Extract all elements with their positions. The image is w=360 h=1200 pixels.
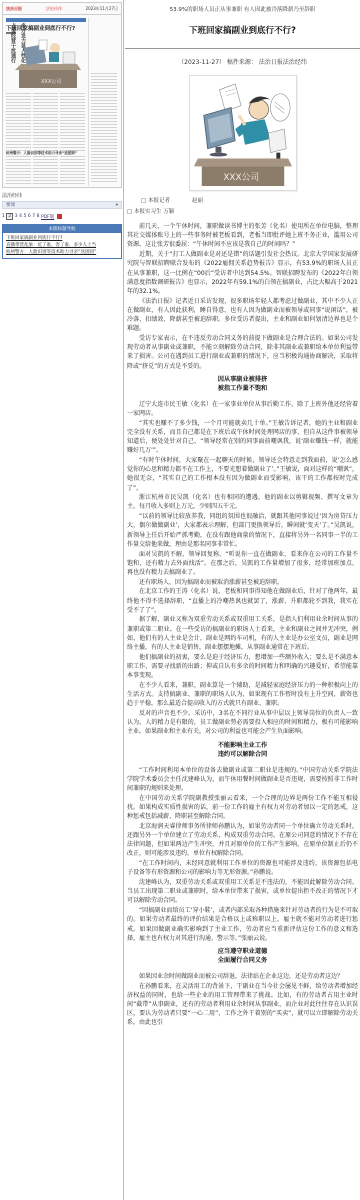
paragraph: “有时午休时间，大家聚在一起聊天的时候，领导还会特意走到我面前，说‘怎么感觉你的… [127,456,358,493]
paragraph: 浙江杭州市民吴凯（化名）也有相同的遭遇，他的副业以剪辑视频、撰写文章为主，每月收… [127,493,358,511]
pager-current-page[interactable]: 2 [6,213,13,220]
illustration-company-label: XXX公司 [223,172,259,183]
pager-page-3[interactable]: 3 [15,214,18,219]
headlines-box-header: 本版标题导航 [3,225,121,233]
section-heading: 不能影响主业工作 违约可以解除合同 [127,741,358,759]
section-name: 法治经纬 [46,6,62,12]
paragraph: “以前的领导比较放养我，同组的氛围也很融洽，就跟其他同事说过‘因为房贷压力大，偶… [127,512,358,549]
headline-link[interactable]: 杭州警方：人脸识别等技术助力寻亲“送团圆” [6,249,118,256]
section-heading: 应当遵守职业道德 全面履行合同义务 [127,947,358,965]
paragraph: 面对吴凯的不解，领导回复称，“听说你一直在做副业，看来你在公司的工作量不饱和，还… [127,550,358,578]
pager-page-5[interactable]: 5 [24,214,27,219]
intern-byline: □ 本报实习生 万颖 [125,207,360,215]
paragraph: 他们搞副业的初衷，要么是迫于经济压力，想增加一些额外收入；要么是不满意本职工作，… [127,653,358,681]
thumbnail-subheadline[interactable]: 杭州警方：人脸识别等技术助力寻亲“送团圆” [6,151,86,156]
headlines-box-title: 本版标题导航 [49,226,76,232]
headline-link[interactable]: 下班回家搞副业到底行不行? [6,235,118,242]
article-meta: （2023-11-27） 稿件来源： 法治日报法治经纬 [125,57,360,66]
paragraph: 在不少人看来，兼职、副业算是一个辅助，是减轻家庭经济压力的一种积极向上的生活方式… [127,681,358,709]
section-heading-line: 因从事副业被排挤 [127,375,358,384]
article-section-1: 辽宁大连市民王敏（化名）在一家事业单位从事后勤工作，除了上班外他还经营着一家网店… [127,400,358,737]
masthead-logo: 法治日报 [6,6,22,12]
newspaper-page-thumbnail[interactable]: 法治日报 法治经纬 2023年11月27日 下班回家搞副业到底行不行? 占道经营… [2,2,122,188]
paragraph: “其实也赚不了多少钱，一个月可能就卖几十单。”王敏告诉记者，她的主业和副业完全没… [127,419,358,456]
article-panel: 53.9%的职场人员正从事兼职 有人因此被冷落降薪乃至辞职 下班回家搞副业到底行… [125,0,360,1200]
headlines-list: 下班回家搞副业到底行不行? 直播带货乱象：坑了谁、害了谁、多少人上当 杭州警方：… [3,233,121,258]
section-heading-line: 被指工作量不饱和 [127,384,358,393]
article-body: 前几天，一个午休时间，兼职做读书博主的张芳（化名）使用所在单位电脑，整理其社交媒… [125,222,360,1028]
section-select[interactable]: 要闻 ▾ [2,201,122,209]
pager-page-7[interactable]: 7 [32,214,35,219]
paragraph: 前几天，一个午休时间，兼职做读书博主的张芳（化名）使用所在单位电脑，整理其社交媒… [127,222,358,250]
paragraph: 在北京工作的王涛（化名）说，老板和同事得知他在做副业后，针对了他两年，最终他不得… [127,587,358,615]
section-label: 法治经纬 [2,192,22,199]
pager-page-8[interactable]: 8 [37,214,40,219]
left-panel: 法治日报 法治经纬 2023年11月27日 下班回家搞副业到底行不行? 占道经营… [0,0,124,1200]
article-section-intro: 前几天，一个午休时间，兼职做读书博主的张芳（化名）使用所在单位电脑，整理其社交媒… [127,222,358,371]
cartoon-illustration: XXX公司 [190,76,296,190]
chevron-down-icon: ▾ [116,203,118,208]
reporter-name: 赵丽 [192,198,203,204]
paragraph: 《法治日报》记者近日采访发现，很多职场年轻人都考虑过做副业，其中不少人正在做副业… [127,297,358,334]
paragraph: 辽宁大连市民王敏（化名）在一家事业单位从事后勤工作，除了上班外他还经营着一家网店… [127,400,358,418]
pager-prefix[interactable]: 1 [2,214,5,219]
section-heading-line: 违约可以解除合同 [127,750,358,759]
section-select-value: 要闻 [6,202,15,208]
thumbnail-masthead: 法治日报 法治经纬 2023年11月27日 [3,3,121,15]
thumbnail-side-text [91,73,117,183]
article-title: 下班回家搞副业到底行不行? [125,24,360,36]
paragraph: “工作时间利用本单位的设备去做副业或第二职业是违规的。”中国劳动关系学院法学院学… [127,766,358,794]
paragraph: 如果因业余时间做副业而被公司辞退，法律站在企业这边，还是劳动者这边？ [127,972,358,981]
paragraph: 在中国劳动关系学院副教授张丽云看来，一个合理的边界是两份工作不能互相侵扰。如果构… [127,794,358,822]
headline-link[interactable]: 直播带货乱象：坑了谁、害了谁、多少人上当 [6,242,118,249]
section-heading: 因从事副业被排挤 被指工作量不饱和 [127,375,358,393]
pager-page-6[interactable]: 6 [28,214,31,219]
paragraph: 据了解，副业又称为双重劳动关系或双重用工关系，是指人们利用业余时间从事的兼职或第… [127,615,358,652]
reporter-label: □ 本报记者 [141,198,170,204]
paragraph: 受访专家表示，在不违反劳动合同义务的前提下做副业是合理合法的。如果公司发现劳动者… [127,334,358,371]
thumbnail-column-gutters [6,93,86,185]
article-section-3: 如果因业余时间做副业而被公司辞退，法律站在企业这边，还是劳动者这边？ 在孙鹏看来… [127,972,358,1028]
paragraph: 沈建峰认为，双重劳动关系或双重用工关系是不违法的，不能因此解除劳动合同。当员工出… [127,878,358,906]
paragraph: 反对的声音也不少。采访中，3名在不同行业从事中层以上领导岗位的负责人一致认为，人… [127,709,358,737]
pager-page-4[interactable]: 4 [19,214,22,219]
paragraph: 近期，关于“打工人做副业是对还是错”的话题引发社会热议。北京大学国家发展研究院与… [127,250,358,296]
section-heading-line: 全面履行合同义务 [127,956,358,965]
pdf-icon[interactable] [57,214,62,219]
paragraph: 在孙鹏看来，在灵活用工的背景下，干副业在当今社会屡见不鲜，给劳动者增加经济权益的… [127,982,358,1028]
pdf-link[interactable]: PDF版 [41,214,54,220]
paragraph: 北京海润天睿律师事务所律师孙鹏认为，如果劳动者同一个单位确立劳动关系时，还跟另外… [127,822,358,859]
thumbnail-banner [6,18,86,22]
paragraph: “因搞副业而给员工‘穿小鞋’，或者内部采取各种措施来针对劳动者的行为是不可取的。… [127,906,358,943]
title-divider [125,48,360,49]
svg-text:XXX公司: XXX公司 [41,78,61,85]
section-heading-line: 不能影响主业工作 [127,741,358,750]
thumbnail-illustration: XXX公司 [11,38,85,90]
article-section-2: “工作时间利用本单位的设备去做副业或第二职业是违规的。”中国劳动关系学院法学院学… [127,766,358,943]
reporter-byline: □ 本报记者赵丽 [125,196,360,204]
page-pager: 1 2 3 4 5 6 7 8 PDF版 [2,213,62,220]
paragraph: 还有职场人，因为搞副业而被取消涨薪甚至被迫辞职。 [127,578,358,587]
edition-date: 2023年11月27日 [86,6,118,12]
article-illustration: XXX公司 [189,75,297,191]
paragraph: “在工作时间内，未经同意就利用工作单位的资源也可能涉及违约，该资源包括电子设备等… [127,859,358,877]
section-heading-line: 应当遵守职业道德 [127,947,358,956]
headlines-box: 本版标题导航 下班回家搞副业到底行不行? 直播带货乱象：坑了谁、害了谁、多少人上… [2,224,122,259]
article-kicker: 53.9%的职场人员正从事兼职 有人因此被冷落降薪乃至辞职 [125,5,360,13]
